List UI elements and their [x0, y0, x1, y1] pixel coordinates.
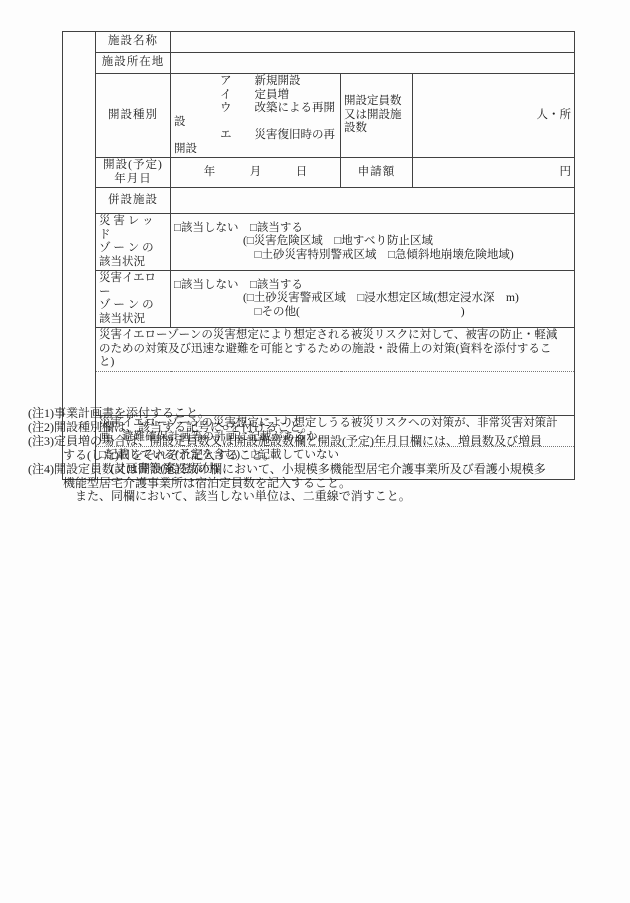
- red-zone-label: 災 害 レ ッ ド ゾ ー ン の 該当状況: [96, 214, 171, 271]
- capacity-unit: 人・所: [413, 74, 575, 158]
- opening-date-label: 開設(予定) 年月日: [96, 158, 171, 188]
- annexed-facility-value: [171, 188, 575, 214]
- row-annexed-facility: 併設施設: [63, 188, 575, 214]
- red-zone-checkbox-options: □該当しない □該当する (□災害危険区域 □地すべり防止区域 □土砂災害特別警…: [171, 214, 575, 271]
- row-facility-address: 施設所在地: [63, 53, 575, 74]
- footnote-3: (注3)定員増の場合は、開設定員数又は開設施設数欄と開設(予定)年月日欄には、増…: [28, 435, 624, 463]
- footnote-4: (注4)開設定員数又は開設施設数の欄において、小規模多機能型居宅介護事業所及び看…: [28, 463, 624, 505]
- facility-name-label: 施設名称: [96, 32, 171, 53]
- application-amount-unit: 円: [413, 158, 575, 188]
- row-red-zone: 災 害 レ ッ ド ゾ ー ン の 該当状況 □該当しない □該当する (□災害…: [63, 214, 575, 271]
- facility-address-label: 施設所在地: [96, 53, 171, 74]
- footnote-1: (注1)事業計画書を添付すること。: [28, 407, 624, 421]
- yellow-zone-label: 災害イエロー ゾ ー ン の 該当状況: [96, 271, 171, 328]
- facility-address-value: [171, 53, 575, 74]
- row-opening-date: 開設(予定) 年月日 年 月 日 申請額 円: [63, 158, 575, 188]
- annexed-facility-label: 併設施設: [96, 188, 171, 214]
- opening-type-label: 開設種別: [96, 74, 171, 158]
- opening-type-options: ア 新規開設 イ 定員増 ウ 改築による再開設 エ 災害復旧時の再開設: [171, 74, 341, 158]
- application-form-page: 施設名称 施設所在地 開設種別 ア 新規開設 イ 定員増 ウ 改築による再開設 …: [0, 0, 630, 903]
- footnotes: (注1)事業計画書を添付すること。 (注2)開設種別欄は、該当する記号に○を付け…: [28, 407, 624, 504]
- footnote-2: (注2)開設種別欄は、該当する記号に○を付けること。: [28, 421, 624, 435]
- opening-date-value: 年 月 日: [171, 158, 341, 188]
- capacity-label: 開設定員数又は開設施設数: [341, 74, 413, 158]
- yellow-measures-text: 災害イエローゾーンの災害想定により想定される被災リスクに対して、被害の防止・軽減…: [96, 328, 575, 372]
- row-opening-type: 開設種別 ア 新規開設 イ 定員増 ウ 改築による再開設 エ 災害復旧時の再開設…: [63, 74, 575, 158]
- application-amount-label: 申請額: [341, 158, 413, 188]
- row-yellow-measures-heading: 災害イエローゾーンの災害想定により想定される被災リスクに対して、被害の防止・軽減…: [63, 328, 575, 372]
- facility-name-value: [171, 32, 575, 53]
- row-yellow-zone: 災害イエロー ゾ ー ン の 該当状況 □該当しない □該当する (□土砂災害警…: [63, 271, 575, 328]
- yellow-zone-checkbox-options: □該当しない □該当する (□土砂災害警戒区域 □浸水想定区域(想定浸水深 m)…: [171, 271, 575, 328]
- row-facility-name: 施設名称: [63, 32, 575, 53]
